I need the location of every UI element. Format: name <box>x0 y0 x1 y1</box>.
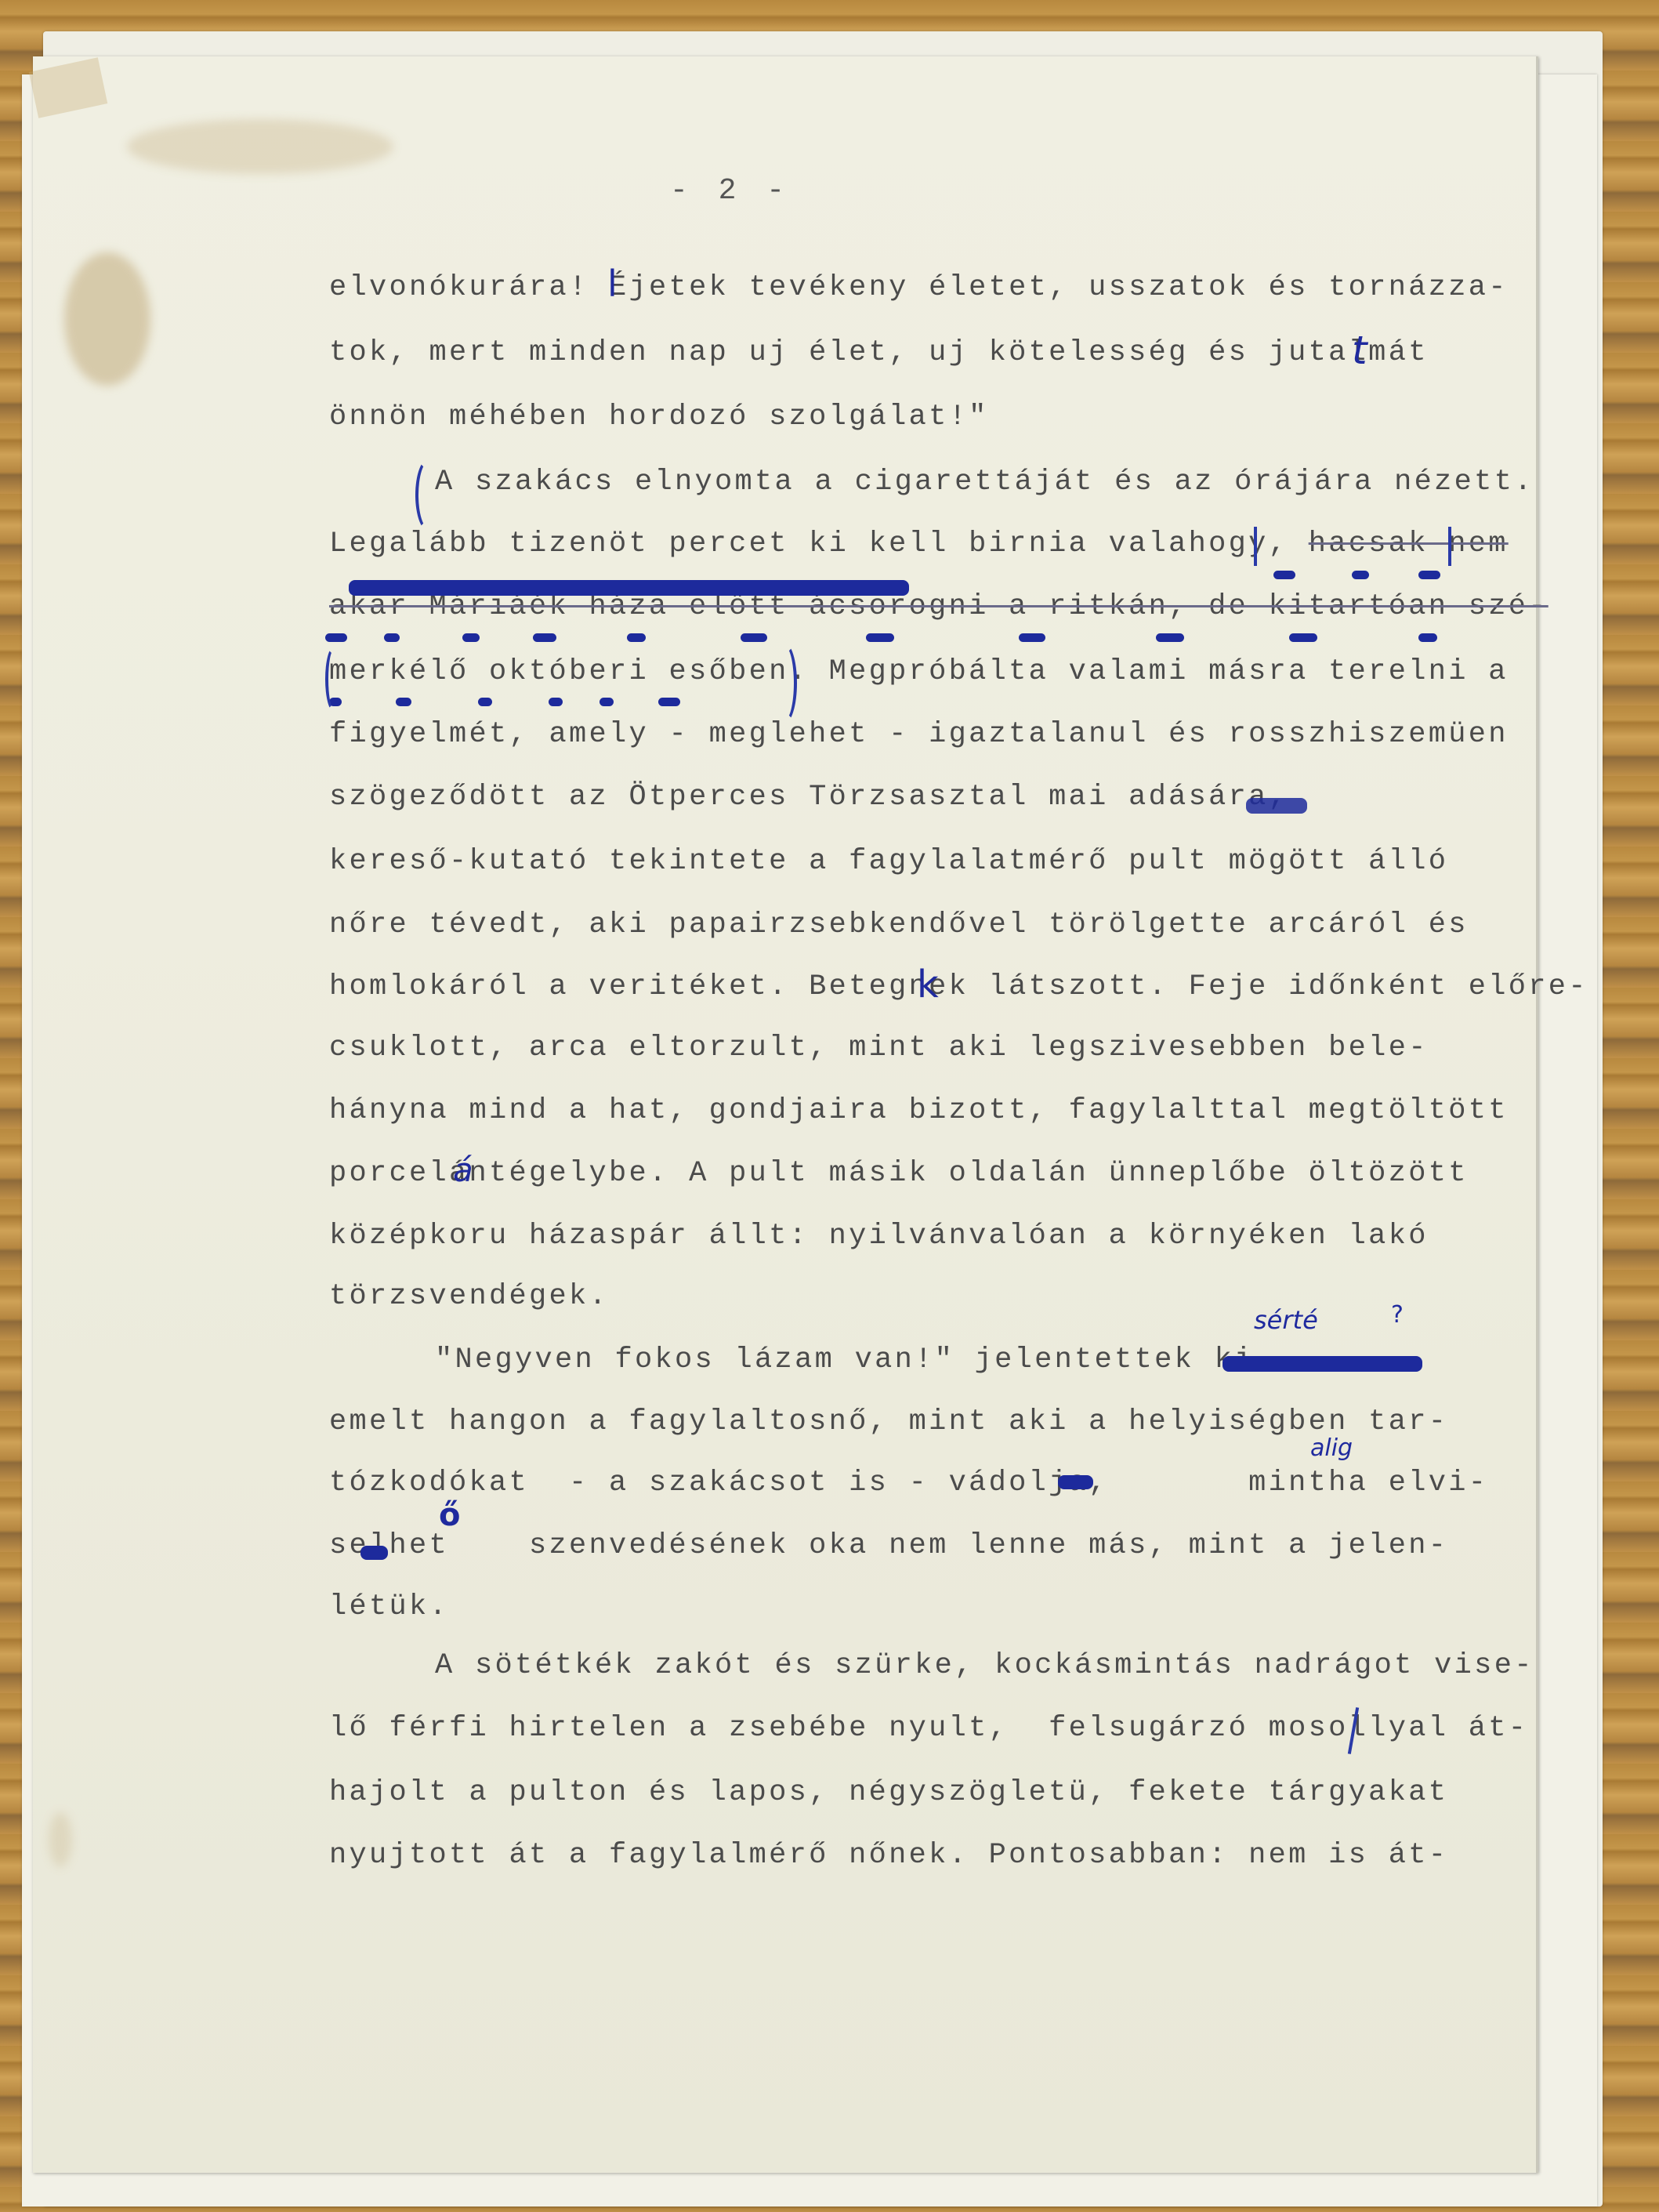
text-line-20: tózkodókat - a szakácsot is - vádolja, m… <box>329 1466 1488 1500</box>
ink-strike-bar <box>360 1546 388 1560</box>
ink-strike-bar <box>1223 1356 1422 1372</box>
text-line-3: önnön méhében hordozó szolgálat!" <box>329 400 989 434</box>
ink-dash <box>549 698 563 706</box>
text-line-7: merkélő októberi esőben. Megpróbálta val… <box>329 655 1509 689</box>
ink-open-bracket <box>415 459 442 531</box>
ink-open-bracket <box>325 647 342 712</box>
ink-dash <box>658 698 680 706</box>
text-line-13: csuklott, arca eltorzult, mint aki legsz… <box>329 1031 1429 1065</box>
text-line-19: emelt hangon a fagylaltosnő, mint aki a … <box>329 1405 1448 1439</box>
text-line-18: "Negyven fokos lázam van!" jelentettek k… <box>435 1343 1274 1377</box>
ink-dash <box>866 633 894 642</box>
ink-dash <box>1352 571 1369 579</box>
text-line-12: homlokáról a veritéket. Betegnek látszot… <box>329 970 1588 1004</box>
text-line-22: létük. <box>329 1590 449 1624</box>
ink-correction-k: k <box>917 963 939 1006</box>
text-line-11: nőre tévedt, aki papairzsebkendővel törö… <box>329 908 1469 942</box>
ink-dash <box>533 633 556 642</box>
struck-text: hacsak nem <box>1309 528 1509 560</box>
text-line-8: figyelmét, amely - meglehet - igaztalanu… <box>329 717 1509 752</box>
ink-mark <box>1254 527 1257 566</box>
ink-mark <box>1448 527 1451 566</box>
ink-dash <box>478 698 492 706</box>
ink-scribble <box>1246 798 1307 814</box>
ink-dash <box>627 633 646 642</box>
ink-close-bracket <box>772 643 797 723</box>
text-line-17: törzsvendégek. <box>329 1279 609 1314</box>
ink-dash <box>325 633 347 642</box>
text-line-23: A sötétkék zakót és szürke, kockásmintás… <box>435 1648 1534 1683</box>
text-line-5-main: Legalább tizenöt percet ki kell birnia v… <box>329 528 1309 560</box>
ink-correction-a-accent: á <box>453 1151 473 1189</box>
water-stain <box>49 1812 72 1867</box>
text-line-9: szögeződött az Ötperces Törzsasztal mai … <box>329 780 1309 814</box>
text-line-14: hányna mind a hat, gondjaira bizott, fag… <box>329 1093 1509 1128</box>
ink-correction-o: ő <box>439 1497 460 1533</box>
text-line-5: Legalább tizenöt percet ki kell birnia v… <box>329 527 1509 561</box>
ink-dash <box>741 633 767 642</box>
text-line-26: nyujtott át a fagylalmérő nőnek. Pontosa… <box>329 1838 1448 1873</box>
water-stain <box>64 252 150 386</box>
text-line-4: A szakács elnyomta a cigarettáját és az … <box>435 465 1534 499</box>
ink-strike-bar <box>349 580 909 596</box>
text-line-24: lő férfi hirtelen a zsebébe nyult, felsu… <box>329 1711 1528 1746</box>
ink-dash <box>1156 633 1184 642</box>
ink-dash <box>1273 571 1295 579</box>
tape-corner <box>29 57 108 118</box>
text-line-10: kereső-kutató tekintete a fagylalatmérő … <box>329 844 1448 879</box>
page-number: - 2 - <box>670 174 791 208</box>
ink-dash <box>1289 633 1317 642</box>
ink-correction-l: l <box>607 263 618 305</box>
ink-annotation-alig: alig <box>1310 1434 1353 1462</box>
ink-dash <box>1418 633 1437 642</box>
ink-correction-t: t <box>1352 328 1367 373</box>
text-line-25: hajolt a pulton és lapos, négyszögletü, … <box>329 1775 1448 1810</box>
text-line-16: középkoru házaspár állt: nyilvánvalóan a… <box>329 1219 1429 1253</box>
text-line-21: selhet szenvedésének oka nem lenne más, … <box>329 1528 1448 1563</box>
water-stain <box>127 119 393 174</box>
ink-dash <box>599 698 614 706</box>
text-line-2: tok, mert minden nap uj élet, uj köteles… <box>329 335 1429 370</box>
ink-annotation-mark: ? <box>1391 1301 1404 1329</box>
ink-dash <box>1019 633 1045 642</box>
ink-annotation-serte: sérté <box>1254 1305 1318 1335</box>
text-line-1: elvonókurára! Éjetek tevékeny életet, us… <box>329 270 1509 305</box>
ink-dash <box>1418 571 1440 579</box>
ink-dash <box>462 633 480 642</box>
text-line-15: porcelántégelybe. A pult másik oldalán ü… <box>329 1156 1469 1191</box>
ink-dash <box>384 633 400 642</box>
ink-strike-bar <box>1058 1475 1093 1489</box>
ink-dash <box>396 698 411 706</box>
